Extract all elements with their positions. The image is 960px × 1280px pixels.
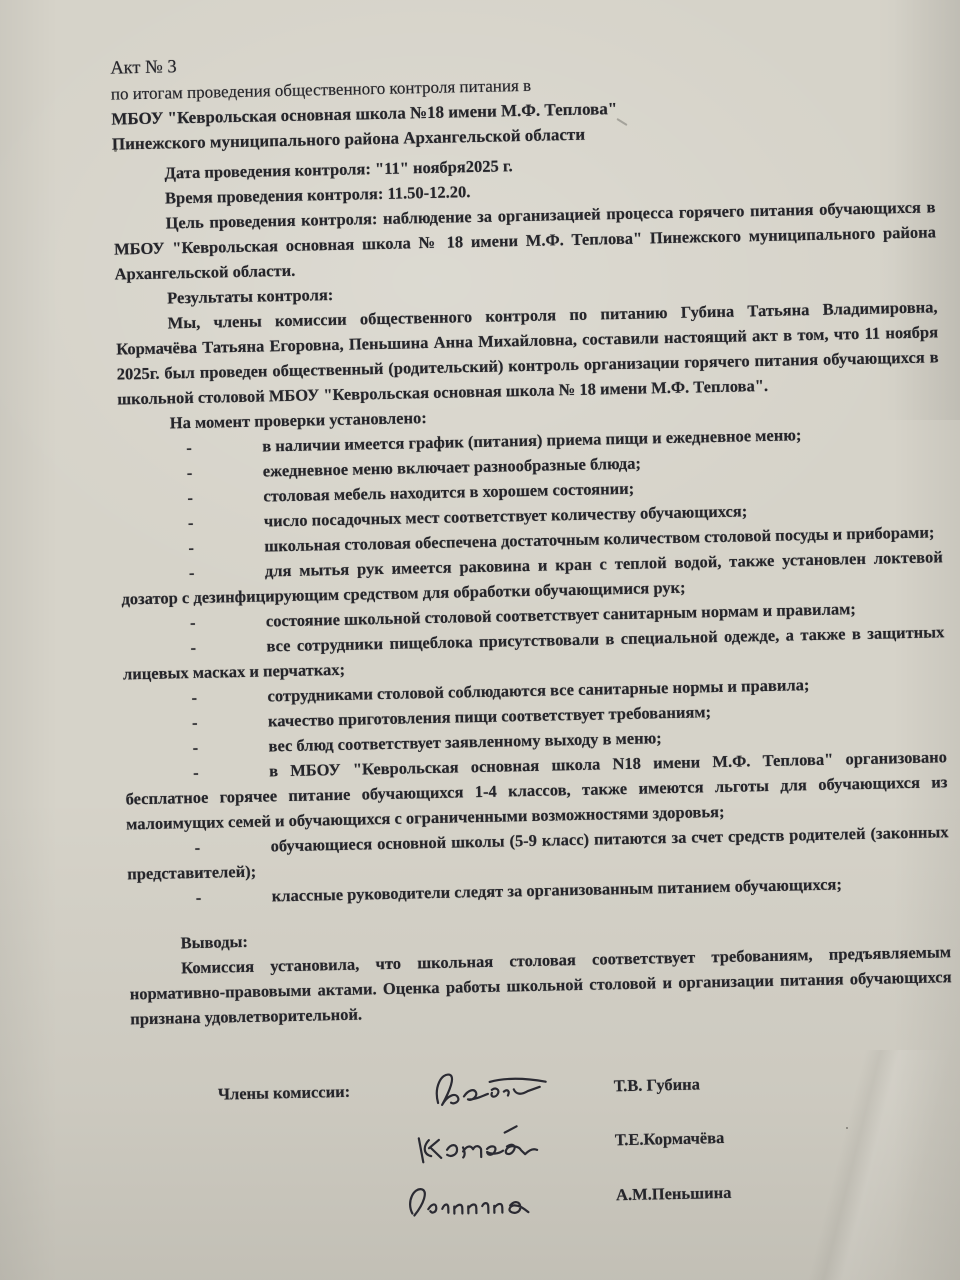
list-dash: - [186, 434, 263, 461]
list-dash: - [187, 483, 264, 510]
list-dash: - [190, 633, 267, 660]
list-dash: - [190, 608, 267, 635]
signature-gubina [423, 1064, 574, 1113]
document-photo: Акт № 3 по итогам проведения общественно… [0, 0, 960, 1280]
signature-spacer [133, 1143, 425, 1149]
commission-members-label: Члены комиссии: [132, 1077, 424, 1108]
list-dash: - [192, 708, 269, 735]
list-dash: - [188, 533, 265, 560]
results-paragraph: Мы, члены комиссии общественного контрол… [115, 294, 939, 411]
signer-name: Т.В. Губина [613, 1066, 953, 1098]
list-dash: - [187, 459, 264, 486]
list-dash: - [189, 558, 266, 585]
list-dash: - [195, 883, 272, 910]
list-dash: - [188, 508, 265, 535]
conclusions-paragraph: Комиссия установила, что школьная столов… [129, 939, 952, 1031]
signature-kormacheva [408, 1119, 559, 1170]
signer-name: Т.Е.Кормачёва [615, 1120, 955, 1152]
signature-spacer [134, 1198, 426, 1204]
list-dash: - [193, 758, 270, 785]
list-dash: - [192, 733, 269, 760]
signature-block: Члены комиссии: Т.В. Губина Т.Е.Кормачёв… [131, 1052, 956, 1228]
signature-penshina [398, 1176, 559, 1227]
list-dash: - [191, 683, 268, 710]
signer-name: А.М.Пеньшина [616, 1175, 956, 1207]
list-dash: - [194, 833, 271, 860]
conclusions-block: Выводы: Комиссия установила, что школьна… [128, 914, 952, 1031]
document-page: Акт № 3 по итогам проведения общественно… [110, 39, 956, 1228]
